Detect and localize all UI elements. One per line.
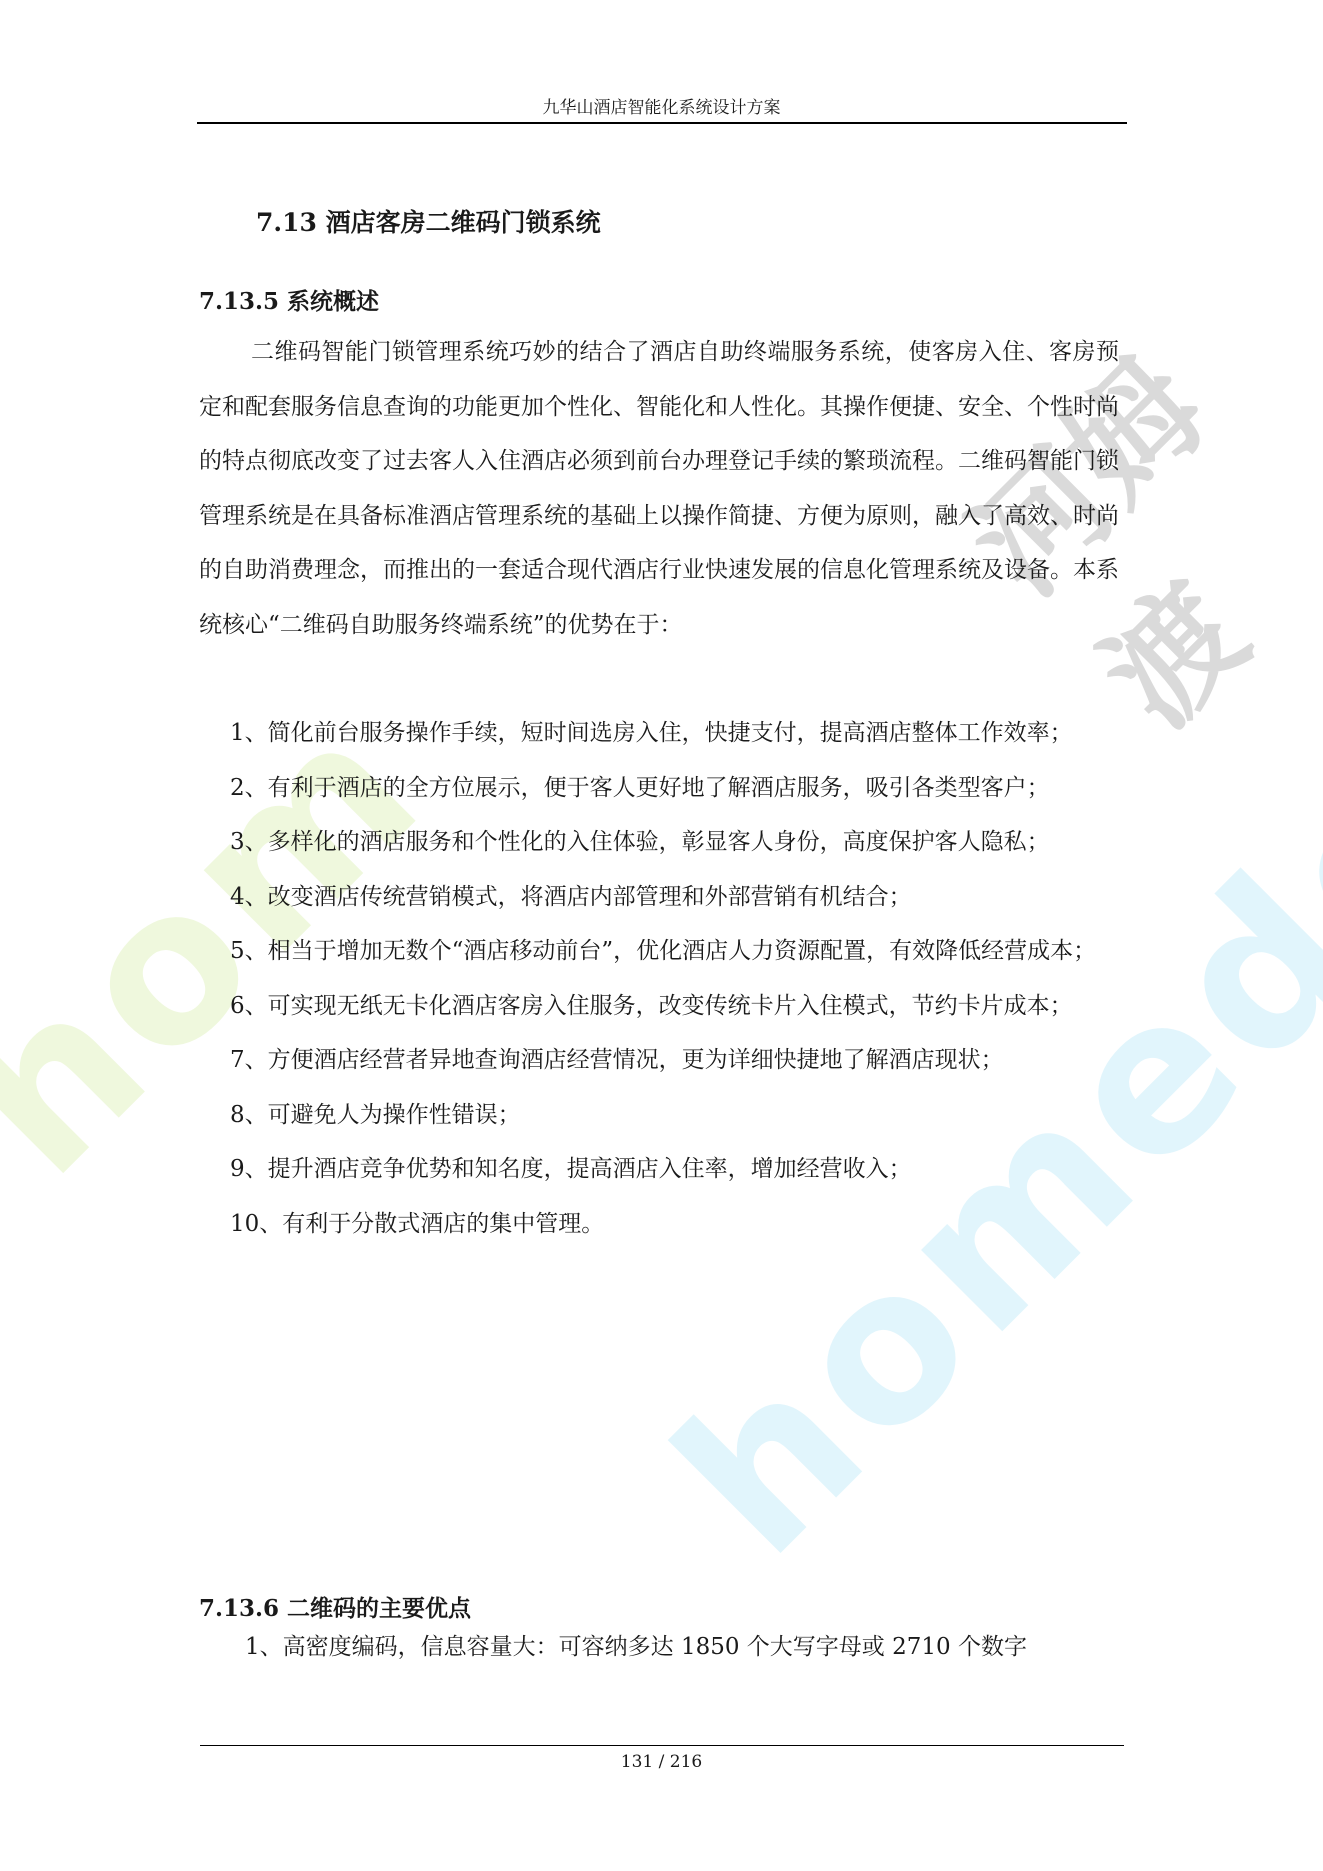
overview-paragraph: 二维码智能门锁管理系统巧妙的结合了酒店自助终端服务系统，使客房入住、客房预定和配… — [199, 325, 1119, 652]
footer-divider — [200, 1745, 1124, 1746]
subsection-heading-overview: 7.13.5 系统概述 — [199, 283, 379, 316]
section-heading: 7.13 酒店客房二维码门锁系统 — [256, 203, 601, 239]
list-item: 3、多样化的酒店服务和个性化的入住体验，彰显客人身份，高度保护客人隐私； — [230, 815, 1120, 870]
list-item: 5、相当于增加无数个“酒店移动前台”，优化酒店人力资源配置，有效降低经营成本； — [230, 924, 1120, 979]
list-item: 1、高密度编码，信息容量大：可容纳多达 1850 个大写字母或 2710 个数字 — [245, 1620, 1135, 1675]
subsection-heading-qr-advantages: 7.13.6 二维码的主要优点 — [199, 1590, 471, 1623]
running-header: 九华山酒店智能化系统设计方案 — [0, 93, 1323, 118]
list-item: 6、可实现无纸无卡化酒店客房入住服务，改变传统卡片入住模式，节约卡片成本； — [230, 979, 1120, 1034]
list-item: 1、简化前台服务操作手续，短时间选房入住，快捷支付，提高酒店整体工作效率； — [230, 706, 1120, 761]
page-number: 131 / 216 — [0, 1752, 1323, 1772]
list-item: 2、有利于酒店的全方位展示，便于客人更好地了解酒店服务，吸引各类型客户； — [230, 761, 1120, 816]
advantages-list: 1、简化前台服务操作手续，短时间选房入住，快捷支付，提高酒店整体工作效率； 2、… — [230, 706, 1120, 1251]
qr-advantages-list: 1、高密度编码，信息容量大：可容纳多达 1850 个大写字母或 2710 个数字 — [245, 1620, 1135, 1675]
header-divider — [197, 122, 1127, 124]
list-item: 9、提升酒店竞争优势和知名度，提高酒店入住率，增加经营收入； — [230, 1142, 1120, 1197]
list-item: 4、改变酒店传统营销模式，将酒店内部管理和外部营销有机结合； — [230, 870, 1120, 925]
list-item: 8、可避免人为操作性错误； — [230, 1088, 1120, 1143]
list-item: 10、有利于分散式酒店的集中管理。 — [230, 1197, 1120, 1252]
list-item: 7、方便酒店经营者异地查询酒店经营情况，更为详细快捷地了解酒店现状； — [230, 1033, 1120, 1088]
